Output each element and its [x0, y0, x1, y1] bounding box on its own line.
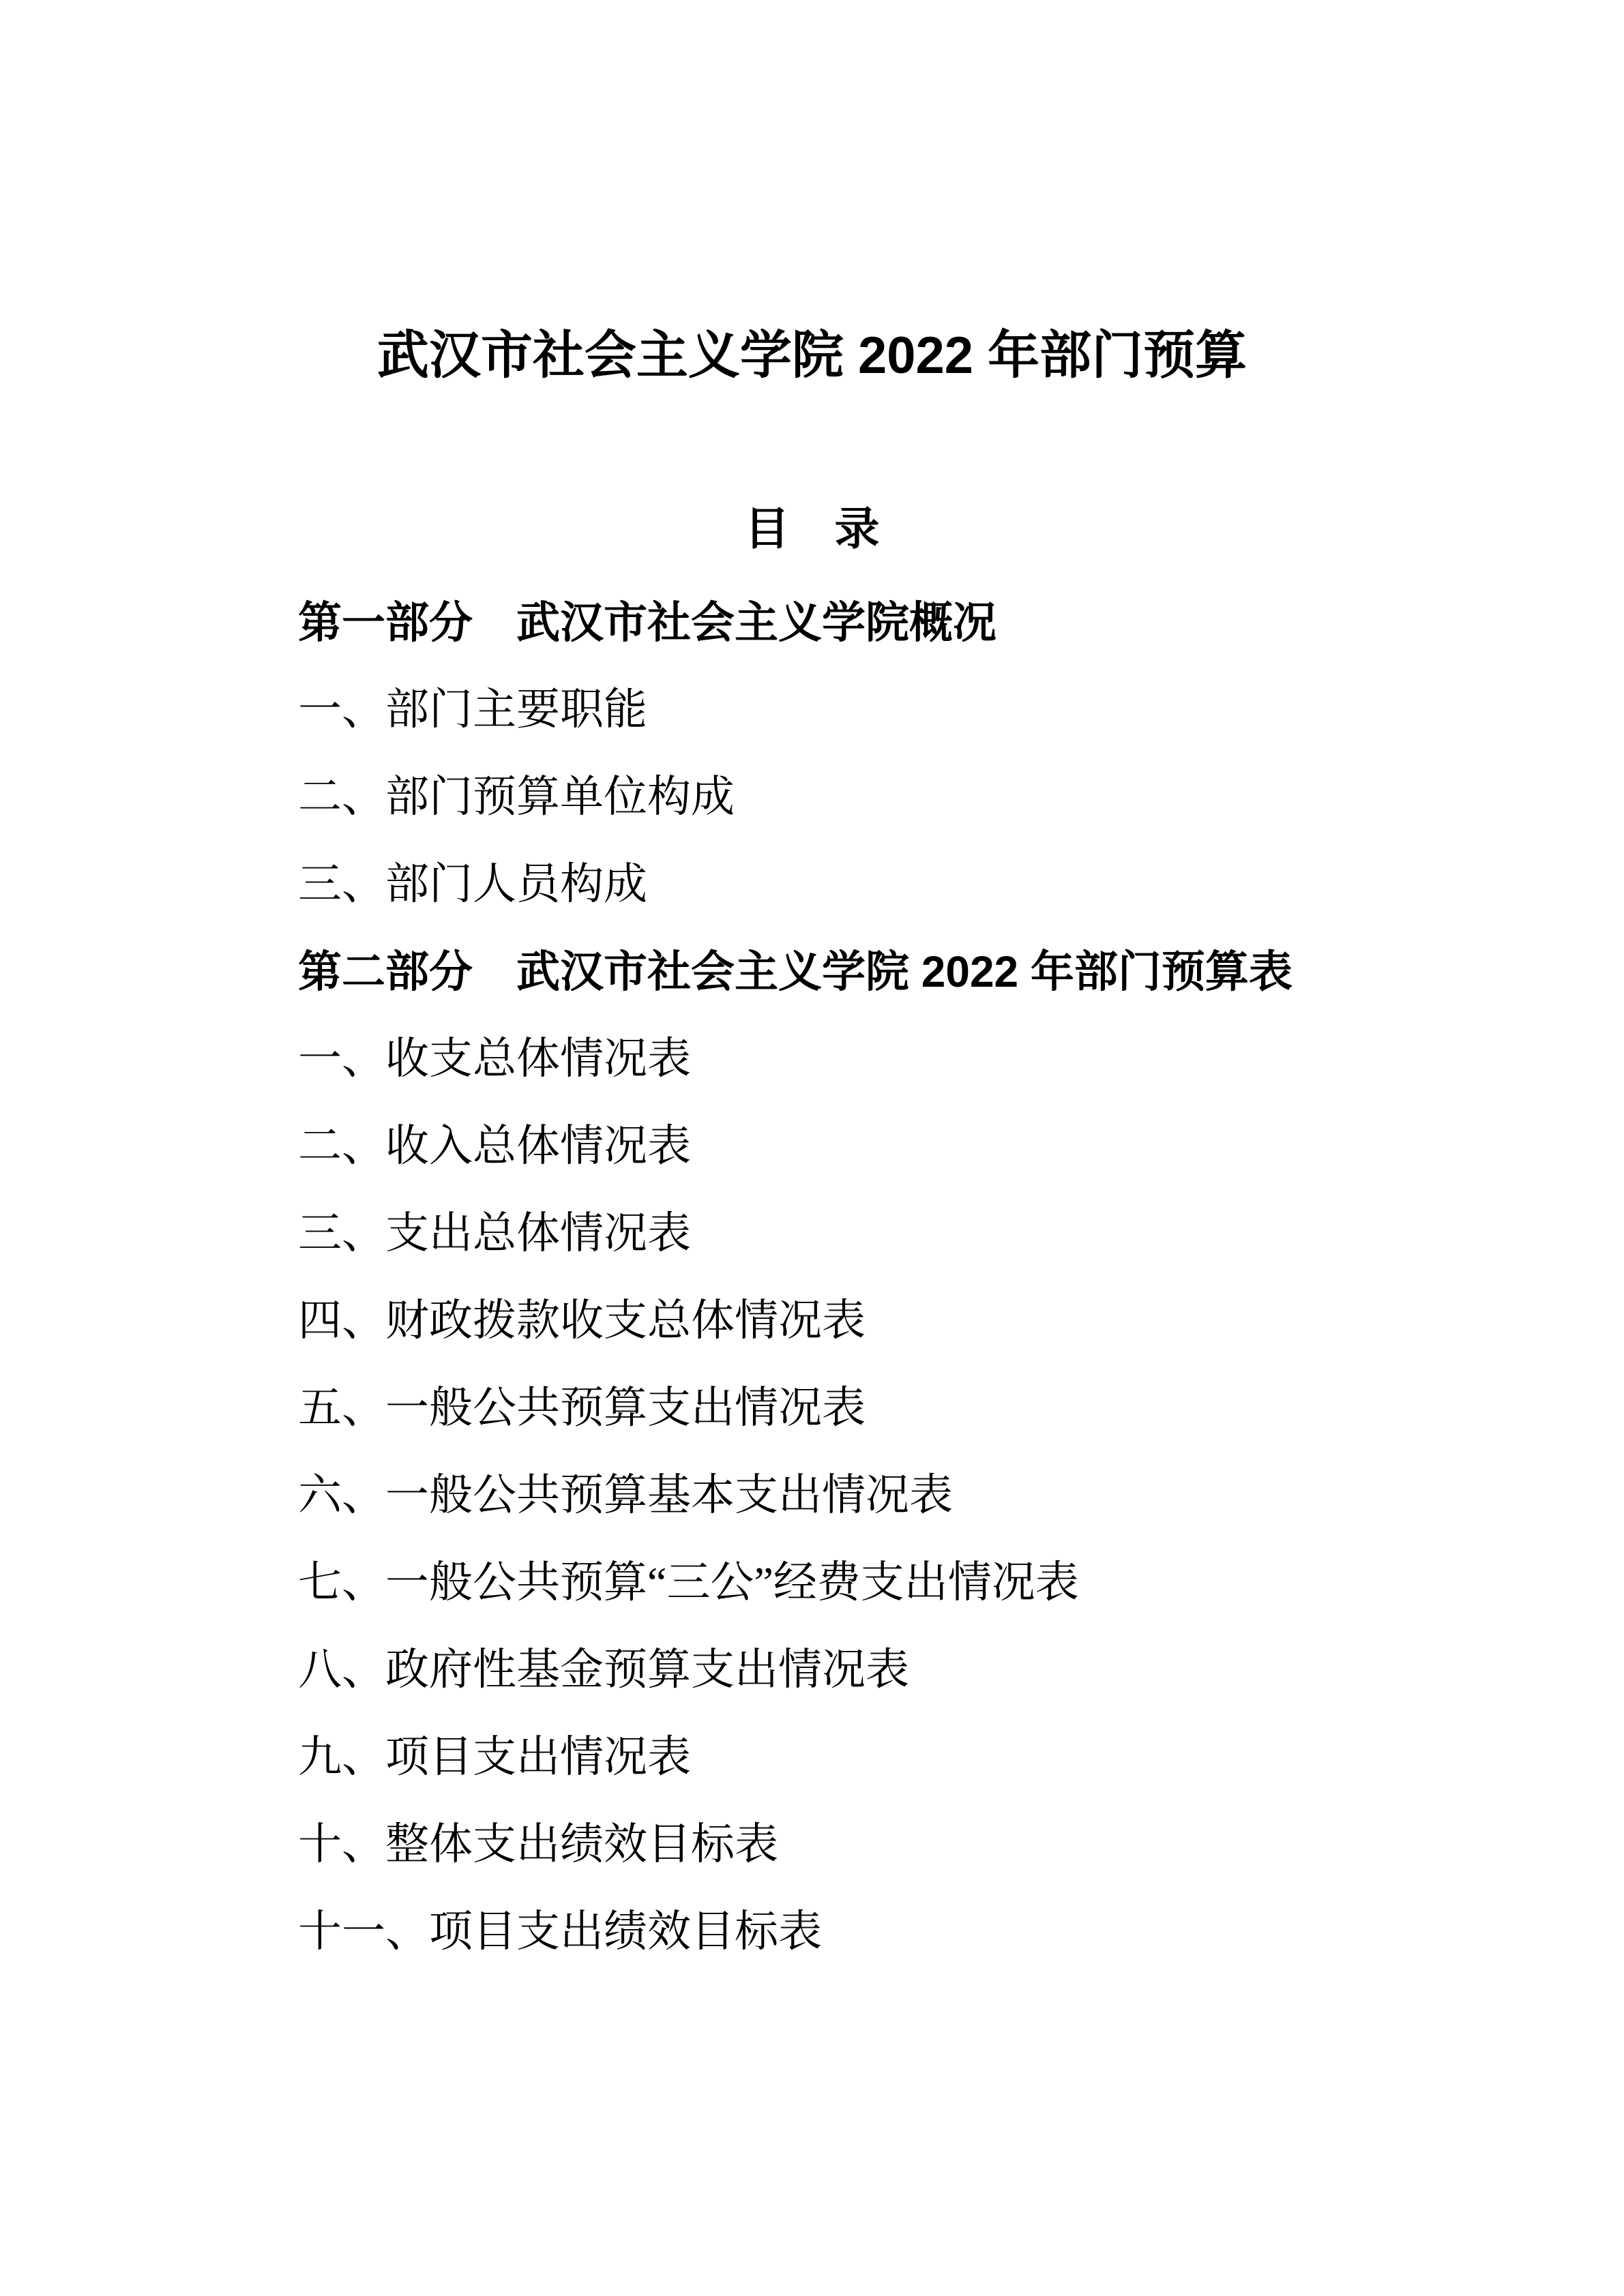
- toc-item: 九、项目支出情况表: [298, 1714, 1458, 1801]
- toc-item: 三、支出总体情况表: [298, 1190, 1458, 1277]
- toc-item: 二、部门预算单位构成: [298, 754, 1458, 841]
- toc-list: 第一部分 武汉市社会主义学院概况 一、部门主要职能 二、部门预算单位构成 三、部…: [298, 579, 1458, 1976]
- section-2-heading: 第二部分 武汉市社会主义学院 2022 年部门预算表: [298, 928, 1458, 1015]
- toc-item: 六、一般公共预算基本支出情况表: [298, 1452, 1458, 1539]
- toc-item: 四、财政拨款收支总体情况表: [298, 1277, 1458, 1365]
- document-title: 武汉市社会主义学院 2022 年部门预算: [0, 326, 1624, 386]
- toc-item: 二、收入总体情况表: [298, 1103, 1458, 1190]
- section-1-heading: 第一部分 武汉市社会主义学院概况: [298, 579, 1458, 666]
- toc-item: 三、部门人员构成: [298, 841, 1458, 928]
- toc-item: 五、一般公共预算支出情况表: [298, 1365, 1458, 1452]
- toc-item: 七、一般公共预算“三公”经费支出情况表: [298, 1539, 1458, 1626]
- toc-item: 十一、项目支出绩效目标表: [298, 1888, 1458, 1976]
- document-page: 武汉市社会主义学院 2022 年部门预算 目 录 第一部分 武汉市社会主义学院概…: [0, 0, 1624, 2296]
- toc-item: 一、收支总体情况表: [298, 1015, 1458, 1103]
- toc-item: 一、部门主要职能: [298, 666, 1458, 754]
- toc-item: 八、政府性基金预算支出情况表: [298, 1626, 1458, 1714]
- toc-item: 十、整体支出绩效目标表: [298, 1801, 1458, 1888]
- toc-heading: 目 录: [0, 502, 1624, 555]
